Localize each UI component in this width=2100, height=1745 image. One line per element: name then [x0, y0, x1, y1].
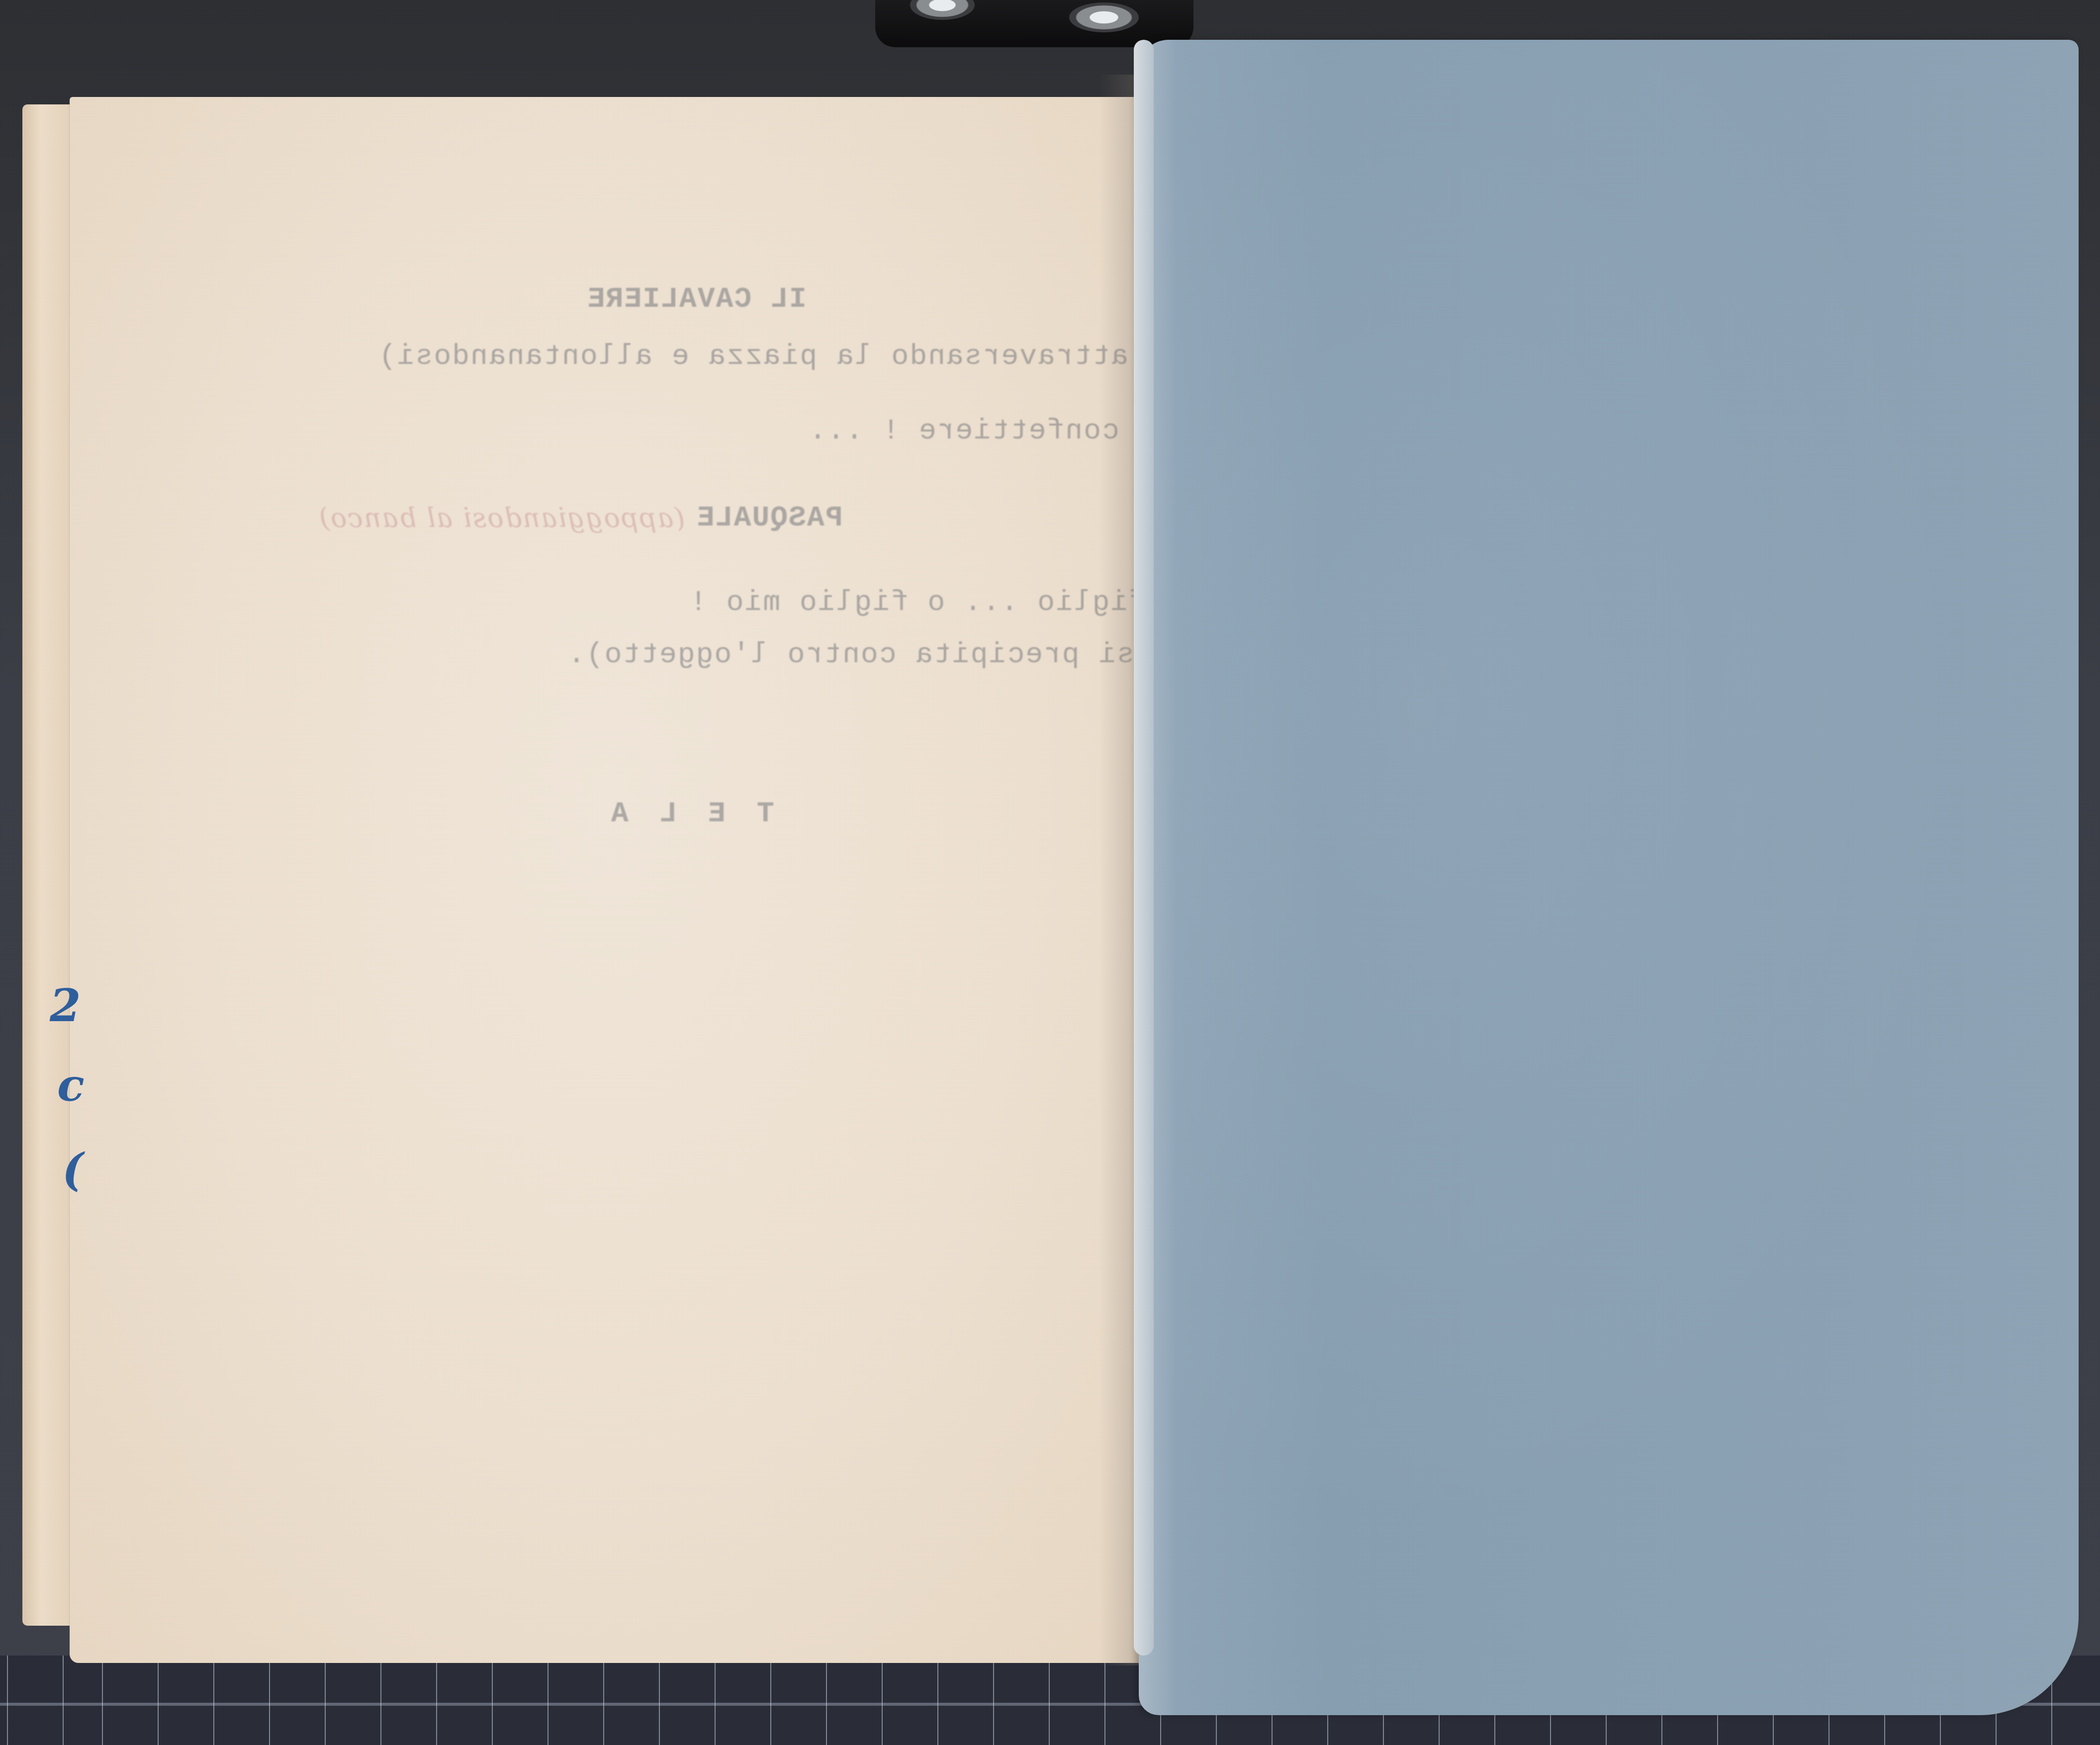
show-through-red-annotation: (appoggiandosi al banco): [318, 502, 685, 533]
margin-handwriting: 2: [50, 979, 81, 1032]
show-through-speaker: PASQUALE: [696, 502, 842, 534]
margin-handwriting: (: [62, 1143, 84, 1196]
margin-handwriting: c: [57, 1059, 85, 1112]
blue-leaf-curl: [1134, 40, 1154, 1656]
show-through-title: IL CAVALIERE: [587, 283, 807, 316]
show-through-ending: T E L A: [604, 798, 774, 830]
show-through-stage-direction: (si precipita contro l'oggetto).: [567, 639, 1153, 671]
left-page: IL CAVALIERE (attraversando la piazza e …: [70, 97, 1151, 1663]
show-through-stage-direction: (attraversando la piazza e allontanandos…: [378, 341, 1147, 373]
bolt-icon: [1069, 2, 1139, 32]
blue-paper-leaf[interactable]: [1139, 40, 2079, 1715]
bolt-icon: [910, 0, 975, 20]
